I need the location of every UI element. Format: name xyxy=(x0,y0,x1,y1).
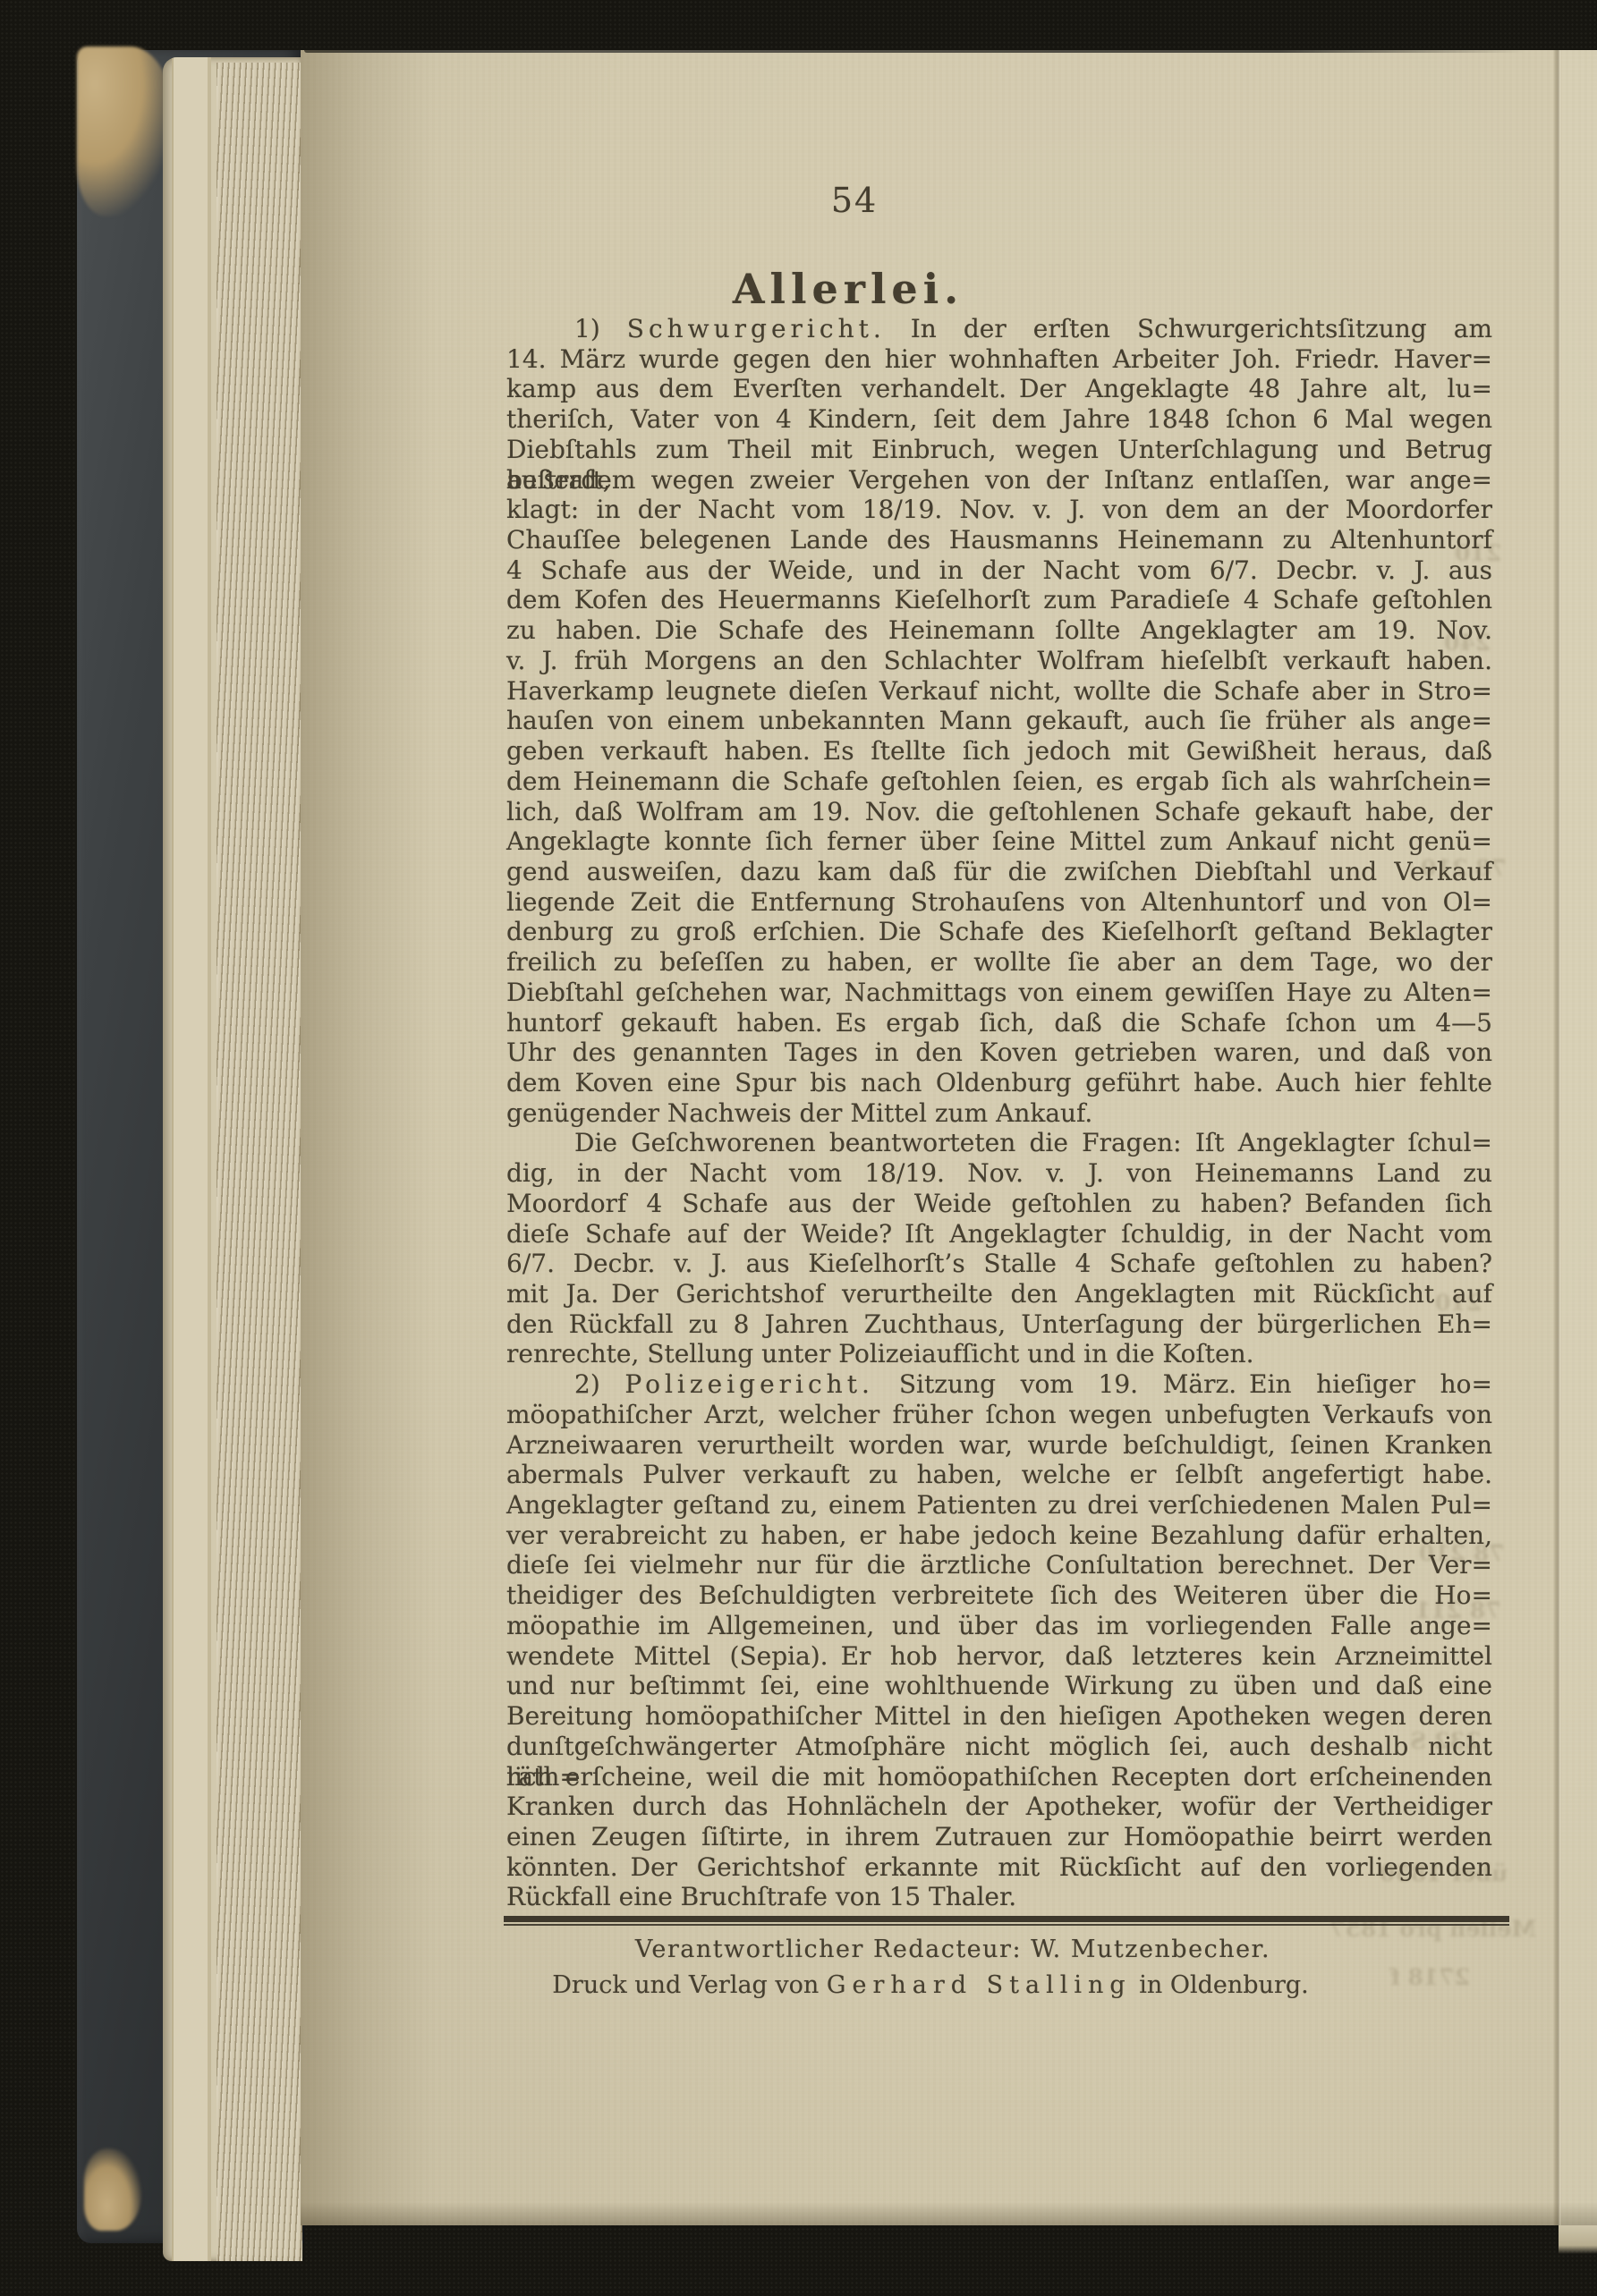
line-text: könnten. Der Gerichtshof erkannte mit Rü… xyxy=(506,1852,1492,1882)
text-line: lich erſcheine, weil die mit homöopathiſ… xyxy=(506,1762,1492,1792)
cover-worn-corner-top xyxy=(77,47,175,216)
line-text: Sitzung vom 19. März. Ein hieſiger ho= xyxy=(874,1369,1492,1399)
line-text: 6/7. Decbr. v. J. aus Kieſelhorſt’s Stal… xyxy=(506,1249,1492,1278)
line-text: ver verabreicht zu haben, er habe jedoch… xyxy=(506,1521,1492,1550)
text-line: 4 Schafe aus der Weide, und in der Nacht… xyxy=(506,555,1492,586)
text-line: ver verabreicht zu haben, er habe jedoch… xyxy=(506,1521,1492,1551)
page-right-panel xyxy=(1562,50,1597,2225)
footer-publisher-line: Druck und Verlag von Gerhard Stalling in… xyxy=(437,1971,1423,1999)
line-text: dig, in der Nacht vom 18/19. Nov. v. J. … xyxy=(506,1158,1492,1188)
line-text: kamp aus dem Everſten verhandelt. Der An… xyxy=(506,374,1492,403)
text-line: huntorf gekauft haben. Es ergab ſich, da… xyxy=(506,1008,1492,1038)
text-line: Diebſtahl geſchehen war, Nachmittags von… xyxy=(506,978,1492,1008)
line-text: geben verkauft haben. Es ſtellte ſich je… xyxy=(506,736,1492,766)
line-text: den Rückfall zu 8 Jahren Zuchthaus, Unte… xyxy=(506,1309,1492,1339)
page-edge-sheet xyxy=(172,57,213,2261)
text-line: hauſen von einem unbekannten Mann gekauf… xyxy=(506,706,1492,736)
spaced-word: Polizeigericht. xyxy=(624,1369,873,1399)
text-line: Chauſſee belegenen Lande des Hausmanns H… xyxy=(506,525,1492,555)
text-line: Bereitung homöopathiſcher Mittel in den … xyxy=(506,1701,1492,1732)
article-body: 1) Schwurgericht. In der erſten Schwurge… xyxy=(506,314,1492,1912)
line-text: außerdem wegen zweier Vergehen von der I… xyxy=(506,465,1492,495)
page-fore-edges xyxy=(163,57,302,2261)
text-line: möopathie im Allgemeinen, und über das i… xyxy=(506,1611,1492,1641)
text-line: denburg zu groß erſchien. Die Schafe des… xyxy=(506,917,1492,947)
text-line: einen Zeugen ſiſtirte, in ihrem Zutrauen… xyxy=(506,1822,1492,1852)
line-text: denburg zu groß erſchien. Die Schafe des… xyxy=(506,917,1492,946)
text-line: dieſe Schafe auf der Weide? Iſt Angeklag… xyxy=(506,1219,1492,1250)
publisher-prefix: Druck und Verlag von xyxy=(552,1971,827,1999)
page-bottom-shadow xyxy=(301,2202,1597,2225)
line-text: v. J. früh Morgens an den Schlachter Wol… xyxy=(506,646,1492,675)
page-edge-lines xyxy=(217,63,302,2261)
line-text: dem Koven eine Spur bis nach Oldenburg g… xyxy=(506,1068,1492,1097)
line-text: Uhr des genannten Tages in den Koven get… xyxy=(506,1038,1492,1067)
line-text: wendete Mittel (Sepia). Er hob hervor, d… xyxy=(506,1641,1492,1671)
text-line: geben verkauft haben. Es ſtellte ſich je… xyxy=(506,736,1492,767)
text-line: 6/7. Decbr. v. J. aus Kieſelhorſt’s Stal… xyxy=(506,1249,1492,1279)
footer-rule xyxy=(504,1916,1509,1927)
line-text: 1) xyxy=(574,314,627,343)
line-text: dieſe Schafe auf der Weide? Iſt Angeklag… xyxy=(506,1219,1492,1249)
line-text: Bereitung homöopathiſcher Mittel in den … xyxy=(506,1701,1492,1731)
line-text: 2) xyxy=(574,1369,624,1399)
text-line: genügender Nachweis der Mittel zum Ankau… xyxy=(506,1098,1492,1129)
line-text: mit Ja. Der Gerichtshof verurtheilte den… xyxy=(506,1279,1492,1309)
text-line: 2) Polizeigericht. Sitzung vom 19. März.… xyxy=(506,1369,1492,1400)
line-text: Angeklagte konnte ſich ferner über ſeine… xyxy=(506,826,1492,856)
line-text: genügender Nachweis der Mittel zum Ankau… xyxy=(506,1098,1092,1128)
line-text: und nur beſtimmt ſei, eine wohlthuende W… xyxy=(506,1671,1492,1700)
text-line: dig, in der Nacht vom 18/19. Nov. v. J. … xyxy=(506,1158,1492,1189)
spaced-word: Schwurgericht. xyxy=(627,314,886,343)
text-line: Rückfall eine Bruchſtrafe von 15 Thaler. xyxy=(506,1882,1492,1912)
text-line: freilich zu beſeſſen zu haben, er wollte… xyxy=(506,947,1492,978)
text-line: außerdem wegen zweier Vergehen von der I… xyxy=(506,465,1492,496)
page-crease xyxy=(1553,50,1562,2225)
line-text: gend ausweiſen, dazu kam daß für die zwi… xyxy=(506,857,1492,886)
text-line: dieſe ſei vielmehr nur für die ärztliche… xyxy=(506,1550,1492,1580)
text-line: Moordorf 4 Schafe aus der Weide geſtohle… xyxy=(506,1189,1492,1219)
line-text: dem Kofen des Heuermanns Kieſelhorſt zum… xyxy=(506,585,1492,614)
text-line: Angeklagter geſtand zu, einem Patienten … xyxy=(506,1490,1492,1521)
text-line: Kranken durch das Hohnlächeln der Apothe… xyxy=(506,1792,1492,1822)
page-number: 54 xyxy=(801,181,908,220)
text-line: gend ausweiſen, dazu kam daß für die zwi… xyxy=(506,857,1492,887)
text-line: Uhr des genannten Tages in den Koven get… xyxy=(506,1038,1492,1068)
line-text: Haverkamp leugnete dieſen Verkauf nicht,… xyxy=(506,676,1492,706)
article-heading: Allerlei. xyxy=(687,265,1009,313)
page-top-edge xyxy=(304,50,1525,53)
text-line: abermals Pulver verkauft zu haben, welch… xyxy=(506,1460,1492,1490)
publisher-name: Gerhard Stalling xyxy=(827,1971,1132,1999)
line-text: abermals Pulver verkauft zu haben, welch… xyxy=(506,1460,1492,1489)
publisher-suffix: in Oldenburg. xyxy=(1132,1971,1309,1999)
text-line: Die Geſchworenen beantworteten die Frage… xyxy=(506,1128,1492,1158)
line-text: einen Zeugen ſiſtirte, in ihrem Zutrauen… xyxy=(506,1822,1492,1851)
text-line: Haverkamp leugnete dieſen Verkauf nicht,… xyxy=(506,676,1492,707)
line-text: huntorf gekauft haben. Es ergab ſich, da… xyxy=(506,1008,1492,1038)
line-text: freilich zu beſeſſen zu haben, er wollte… xyxy=(506,947,1492,977)
line-text: renrechte, Stellung unter Polizeiaufſich… xyxy=(506,1339,1254,1368)
text-line: dem Heinemann die Schafe geſtohlen ſeien… xyxy=(506,767,1492,797)
line-text: Die Geſchworenen beantworteten die Frage… xyxy=(574,1128,1492,1157)
line-text: klagt: in der Nacht vom 18/19. Nov. v. J… xyxy=(506,495,1492,524)
page-corner-foot xyxy=(1559,2225,1597,2254)
text-line: dem Koven eine Spur bis nach Oldenburg g… xyxy=(506,1068,1492,1098)
text-line: 14. März wurde gegen den hier wohnhaften… xyxy=(506,344,1492,375)
text-line: kamp aus dem Everſten verhandelt. Der An… xyxy=(506,374,1492,404)
footer-editor-line: Verantwortlicher Redacteur: W. Mutzenbec… xyxy=(460,1936,1446,1963)
line-text: 4 Schafe aus der Weide, und in der Nacht… xyxy=(506,555,1492,585)
line-text: Rückfall eine Bruchſtrafe von 15 Thaler. xyxy=(506,1882,1016,1911)
line-text: Moordorf 4 Schafe aus der Weide geſtohle… xyxy=(506,1189,1492,1218)
text-line: wendete Mittel (Sepia). Er hob hervor, d… xyxy=(506,1641,1492,1672)
text-line: dem Kofen des Heuermanns Kieſelhorſt zum… xyxy=(506,585,1492,615)
text-line: theidiger des Beſchuldigten verbreitete … xyxy=(506,1580,1492,1611)
text-line: und nur beſtimmt ſei, eine wohlthuende W… xyxy=(506,1671,1492,1701)
text-line: könnten. Der Gerichtshof erkannte mit Rü… xyxy=(506,1852,1492,1883)
text-line: klagt: in der Nacht vom 18/19. Nov. v. J… xyxy=(506,495,1492,525)
line-text: Arzneiwaaren verurtheilt worden war, wur… xyxy=(506,1430,1492,1460)
scanned-page: 21024078 21021078 21078 211232 Süber 185… xyxy=(301,50,1597,2225)
cover-worn-corner-bottom xyxy=(84,2148,141,2231)
text-line: Diebſtahls zum Theil mit Einbruch, wegen… xyxy=(506,435,1492,465)
text-line: renrechte, Stellung unter Polizeiaufſich… xyxy=(506,1339,1492,1369)
text-line: möopathiſcher Arzt, welcher früher ſchon… xyxy=(506,1400,1492,1430)
line-text: In der erſten Schwurgerichtsſitzung am xyxy=(886,314,1492,343)
line-text: Angeklagter geſtand zu, einem Patienten … xyxy=(506,1490,1492,1520)
text-line: 1) Schwurgericht. In der erſten Schwurge… xyxy=(506,314,1492,344)
text-line: theriſch, Vater von 4 Kindern, ſeit dem … xyxy=(506,404,1492,435)
text-line: lich, daß Wolfram am 19. Nov. die geſtoh… xyxy=(506,797,1492,827)
line-text: theidiger des Beſchuldigten verbreitete … xyxy=(506,1580,1492,1610)
text-line: dunſtgeſchwängerter Atmoſphäre nicht mög… xyxy=(506,1732,1492,1762)
line-text: möopathiſcher Arzt, welcher früher ſchon… xyxy=(506,1400,1492,1429)
line-text: liegende Zeit die Entfernung Strohauſens… xyxy=(506,887,1492,917)
line-text: Diebſtahl geſchehen war, Nachmittags von… xyxy=(506,978,1492,1007)
line-text: theriſch, Vater von 4 Kindern, ſeit dem … xyxy=(506,404,1492,434)
gutter-shadow xyxy=(301,50,435,2225)
text-line: liegende Zeit die Entfernung Strohauſens… xyxy=(506,887,1492,918)
line-text: dieſe ſei vielmehr nur für die ärztliche… xyxy=(506,1550,1492,1580)
text-line: Angeklagte konnte ſich ferner über ſeine… xyxy=(506,826,1492,857)
text-line: den Rückfall zu 8 Jahren Zuchthaus, Unte… xyxy=(506,1309,1492,1340)
line-text: lich erſcheine, weil die mit homöopathiſ… xyxy=(506,1762,1492,1792)
line-text: Kranken durch das Hohnlächeln der Apothe… xyxy=(506,1792,1492,1821)
line-text: zu haben. Die Schafe des Heinemann ſollt… xyxy=(506,615,1492,645)
line-text: lich, daß Wolfram am 19. Nov. die geſtoh… xyxy=(506,797,1492,826)
text-line: v. J. früh Morgens an den Schlachter Wol… xyxy=(506,646,1492,676)
text-line: Arzneiwaaren verurtheilt worden war, wur… xyxy=(506,1430,1492,1461)
text-line: zu haben. Die Schafe des Heinemann ſollt… xyxy=(506,615,1492,646)
line-text: möopathie im Allgemeinen, und über das i… xyxy=(506,1611,1492,1640)
text-line: mit Ja. Der Gerichtshof verurtheilte den… xyxy=(506,1279,1492,1309)
line-text: dem Heinemann die Schafe geſtohlen ſeien… xyxy=(506,767,1492,796)
line-text: 14. März wurde gegen den hier wohnhaften… xyxy=(506,344,1492,374)
line-text: Chauſſee belegenen Lande des Hausmanns H… xyxy=(506,525,1492,555)
line-text: hauſen von einem unbekannten Mann gekauf… xyxy=(506,706,1492,735)
